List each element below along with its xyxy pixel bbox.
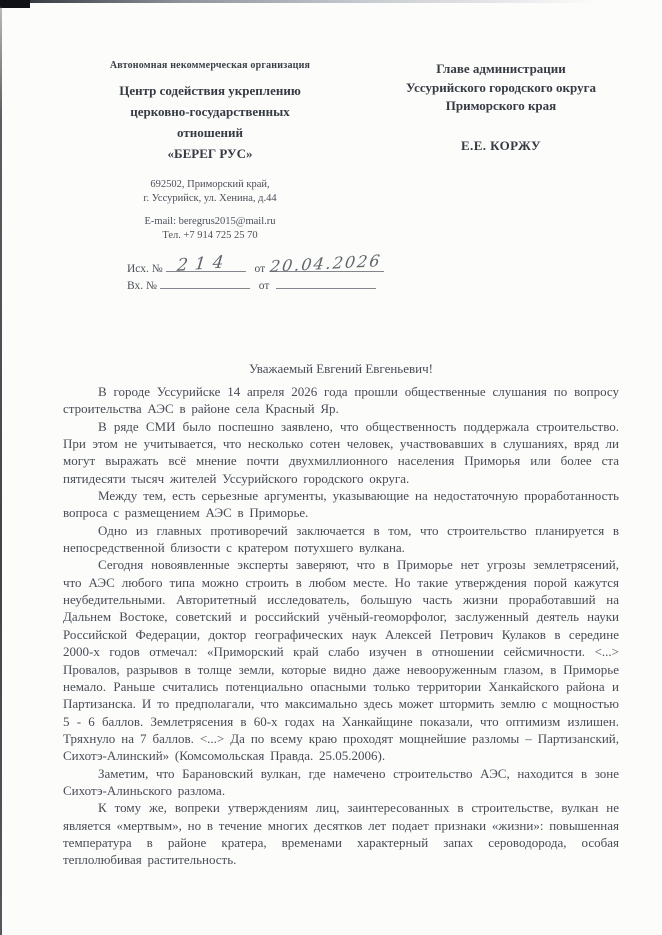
scan-left-edge-artifact <box>0 6 2 935</box>
org-postal-address: 692502, Приморский край, г. Уссурийск, у… <box>85 178 335 205</box>
incoming-date-label: от <box>259 280 270 292</box>
incoming-ref-row: Вх. № от <box>127 277 384 294</box>
paragraph: Сегодня новоявленные эксперты заверяют, … <box>63 556 619 764</box>
paragraph: Между тем, есть серьезные аргументы, ука… <box>63 487 619 522</box>
paragraph: В городе Уссурийске 14 апреля 2026 года … <box>63 383 619 418</box>
reference-number-block: Исх. № от 214 20.04.2026 Вх. № от <box>127 260 384 294</box>
address-line: 692502, Приморский край, <box>85 178 335 192</box>
org-name: Центр содействия укреплению церковно-гос… <box>85 80 335 164</box>
outgoing-ref-row: Исх. № от 214 20.04.2026 <box>127 260 384 277</box>
recipient-title: Главе администрации Уссурийского городск… <box>352 60 650 116</box>
paragraph: В ряде СМИ было поспешно заявлено, что о… <box>63 418 619 487</box>
incoming-ref-label: Вх. № <box>127 280 157 292</box>
paragraph: Одно из главных противоречий заключается… <box>63 522 619 557</box>
org-phone: Тел. +7 914 725 25 70 <box>85 229 335 243</box>
outgoing-date-label: от <box>254 263 265 275</box>
recipient-title-line: Приморского края <box>352 97 650 116</box>
outgoing-ref-label: Исх. № <box>127 263 163 275</box>
salutation: Уважаемый Евгений Евгеньевич! <box>63 361 619 377</box>
org-name-line: отношений <box>85 122 335 143</box>
recipient-title-line: Главе администрации <box>352 60 650 79</box>
org-name-line: церковно-государственных <box>85 101 335 122</box>
scan-corner-mark-artifact <box>0 0 30 8</box>
org-name-line: «БЕРЕГ РУС» <box>85 143 335 164</box>
paragraph: Заметим, что Барановский вулкан, где нам… <box>63 765 619 800</box>
scanned-letter-page: Автономная некоммерческая организация Це… <box>0 0 662 935</box>
address-line: г. Уссурийск, ул. Хенина, д.44 <box>85 192 335 206</box>
org-name-line: Центр содействия укреплению <box>85 80 335 101</box>
incoming-number-blank-line <box>160 277 250 289</box>
incoming-date-blank-line <box>276 277 376 289</box>
outgoing-number-blank-line <box>166 260 246 272</box>
outgoing-date-blank-line <box>272 260 384 272</box>
letterhead-sender-block: Автономная некоммерческая организация Це… <box>85 60 335 242</box>
org-contacts: E-mail: beregrus2015@mail.ru Тел. +7 914… <box>85 215 335 242</box>
org-email: E-mail: beregrus2015@mail.ru <box>85 215 335 229</box>
letter-body: В городе Уссурийске 14 апреля 2026 года … <box>63 383 619 869</box>
recipient-name: Е.Е. КОРЖУ <box>352 138 650 154</box>
scan-top-edge-artifact <box>0 0 600 3</box>
paragraph: К тому же, вопреки утверждениям лиц, заи… <box>63 799 619 868</box>
letterhead-recipient-block: Главе администрации Уссурийского городск… <box>352 60 650 154</box>
org-type-label: Автономная некоммерческая организация <box>85 60 335 71</box>
recipient-title-line: Уссурийского городского округа <box>352 79 650 98</box>
